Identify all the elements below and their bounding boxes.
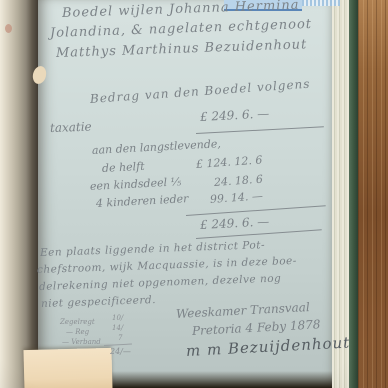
margin-note-label: — Reg	[66, 328, 89, 336]
heading-sub: taxatie	[50, 120, 92, 135]
under-sheet-corner	[23, 348, 112, 388]
account-row-label: de helft	[102, 160, 145, 175]
margin-note-value: 10/	[112, 314, 123, 322]
right-page-edges	[332, 0, 349, 388]
margin-note-value: 14/	[112, 324, 123, 332]
margin-note-total: 24/—	[110, 347, 131, 356]
wooden-table	[358, 0, 388, 388]
blue-tab-hatch	[302, 0, 340, 6]
margin-note-value: 7	[118, 334, 122, 342]
margin-note-label: — Verband	[62, 338, 101, 346]
paper-smudge	[5, 24, 12, 33]
left-page-edges	[0, 0, 38, 388]
photo-ledger-page: Boedel wijlen Johanna Hermina Jolandina,…	[0, 0, 388, 388]
margin-note-label: Zegelregt	[60, 318, 95, 326]
book-cover-edge	[349, 0, 358, 388]
